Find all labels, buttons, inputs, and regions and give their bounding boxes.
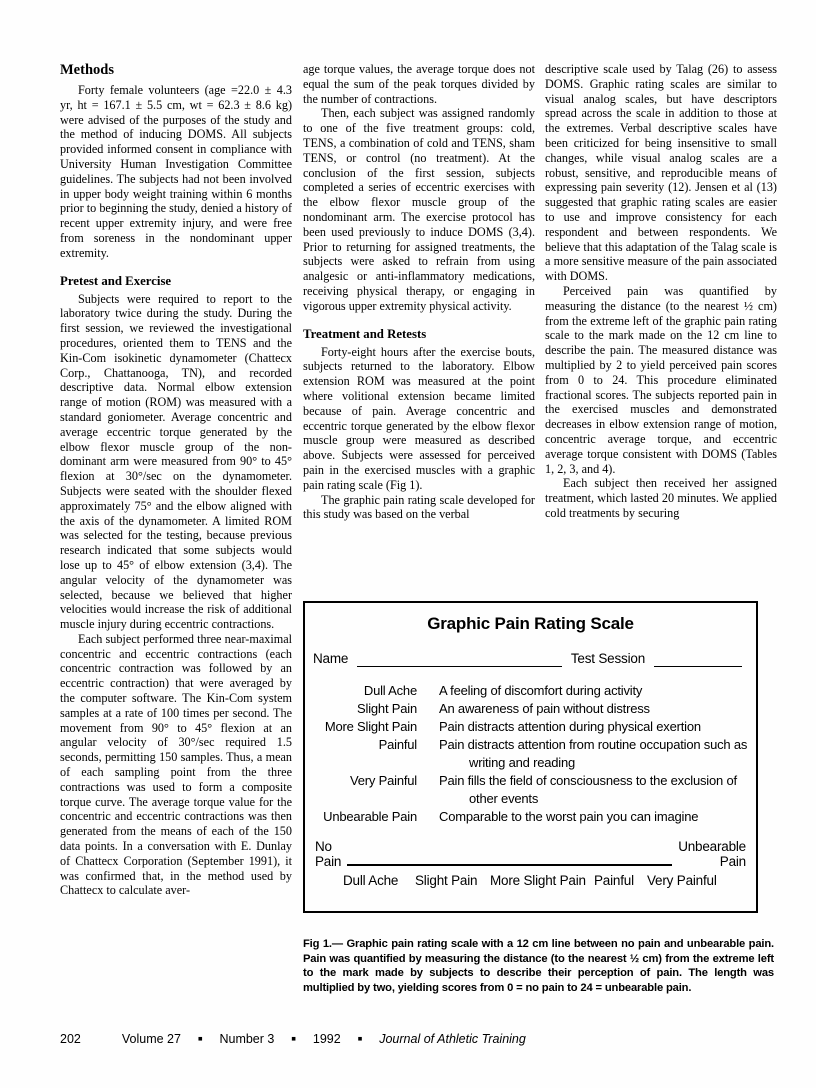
definition-desc: Pain distracts attention from routine oc… bbox=[439, 736, 748, 772]
paragraph: The graphic pain rating scale developed … bbox=[303, 493, 535, 523]
paragraph: Each subject performed three near-maxima… bbox=[60, 632, 292, 898]
figure-pain-rating-scale: Graphic Pain Rating Scale Name Test Sess… bbox=[303, 601, 758, 913]
text-column-2: age torque values, the average torque do… bbox=[303, 62, 535, 599]
name-blank-line bbox=[357, 651, 562, 667]
square-separator-icon: ■ bbox=[358, 1034, 363, 1043]
definition-term: Slight Pain bbox=[305, 700, 417, 718]
definition-row: Painful Pain distracts attention from ro… bbox=[305, 736, 756, 772]
paragraph: Forty-eight hours after the exercise bou… bbox=[303, 345, 535, 493]
text-column-1: Methods Forty female volunteers (age =22… bbox=[60, 62, 292, 1010]
definition-row: More Slight Pain Pain distracts attentio… bbox=[305, 718, 756, 736]
footer-volume: Volume 27 bbox=[122, 1032, 181, 1046]
section-heading-methods: Methods bbox=[60, 62, 292, 79]
page-footer: 202 Volume 27 ■ Number 3 ■ 1992 ■ Journa… bbox=[60, 1032, 526, 1046]
tick-label: Dull Ache bbox=[343, 873, 398, 888]
journal-page: Methods Forty female volunteers (age =22… bbox=[0, 0, 816, 1088]
definition-term: Unbearable Pain bbox=[305, 808, 417, 826]
definition-desc: An awareness of pain without distress bbox=[439, 700, 748, 718]
scale-left-label-line2: Pain bbox=[315, 854, 341, 869]
scale-right-label-line2: Pain bbox=[678, 854, 746, 869]
figure-caption: Fig 1.— Graphic pain rating scale with a… bbox=[303, 937, 774, 995]
tick-label: More Slight Pain bbox=[490, 873, 586, 888]
definition-desc: A feeling of discomfort during activity bbox=[439, 682, 748, 700]
form-header-row: Name Test Session bbox=[313, 651, 742, 667]
scale-left-label-line1: No bbox=[315, 839, 341, 854]
tick-label: Slight Pain bbox=[415, 873, 477, 888]
subsection-heading-treatment: Treatment and Retests bbox=[303, 327, 535, 342]
paragraph: Each subject then received her assigned … bbox=[545, 476, 777, 520]
definition-desc: Pain fills the field of consciousness to… bbox=[439, 772, 748, 808]
definition-row: Unbearable Pain Comparable to the worst … bbox=[305, 808, 756, 826]
text-column-3: descriptive scale used by Talag (26) to … bbox=[545, 62, 777, 599]
figure-title: Graphic Pain Rating Scale bbox=[305, 614, 756, 634]
definition-term: Very Painful bbox=[305, 772, 417, 808]
subsection-heading-pretest: Pretest and Exercise bbox=[60, 274, 292, 289]
paragraph: Subjects were required to report to the … bbox=[60, 292, 292, 632]
definition-term: Painful bbox=[305, 736, 417, 772]
definition-desc: Comparable to the worst pain you can ima… bbox=[439, 808, 748, 826]
name-label: Name bbox=[313, 651, 348, 667]
scale-left-anchor: No Pain bbox=[315, 839, 341, 869]
tick-label: Painful bbox=[594, 873, 634, 888]
definition-row: Very Painful Pain fills the field of con… bbox=[305, 772, 756, 808]
definition-term: Dull Ache bbox=[305, 682, 417, 700]
pain-definitions-list: Dull Ache A feeling of discomfort during… bbox=[305, 682, 756, 826]
paragraph: descriptive scale used by Talag (26) to … bbox=[545, 62, 777, 284]
square-separator-icon: ■ bbox=[198, 1034, 203, 1043]
scale-right-label-line1: Unbearable bbox=[678, 839, 746, 854]
square-separator-icon: ■ bbox=[291, 1034, 296, 1043]
pain-scale-row: No Pain Unbearable Pain bbox=[315, 839, 746, 869]
scale-right-anchor: Unbearable Pain bbox=[678, 839, 746, 869]
footer-number: Number 3 bbox=[219, 1032, 274, 1046]
paragraph: Then, each subject was assigned randomly… bbox=[303, 106, 535, 313]
definition-row: Dull Ache A feeling of discomfort during… bbox=[305, 682, 756, 700]
paragraph: age torque values, the average torque do… bbox=[303, 62, 535, 106]
definition-desc: Pain distracts attention during physical… bbox=[439, 718, 748, 736]
definition-row: Slight Pain An awareness of pain without… bbox=[305, 700, 756, 718]
paragraph: Forty female volunteers (age =22.0 ± 4.3… bbox=[60, 83, 292, 261]
pain-scale-line bbox=[347, 864, 672, 866]
tick-label: Very Painful bbox=[647, 873, 717, 888]
scale-tick-labels: Dull Ache Slight Pain More Slight Pain P… bbox=[315, 871, 746, 891]
page-number: 202 bbox=[60, 1032, 81, 1046]
footer-journal-name: Journal of Athletic Training bbox=[379, 1032, 526, 1046]
paragraph: Perceived pain was quantified by measuri… bbox=[545, 284, 777, 476]
definition-term: More Slight Pain bbox=[305, 718, 417, 736]
test-session-label: Test Session bbox=[571, 651, 645, 667]
test-session-blank-line bbox=[654, 651, 742, 667]
footer-year: 1992 bbox=[313, 1032, 341, 1046]
pain-scale: No Pain Unbearable Pain Dull Ache Slight… bbox=[315, 839, 746, 891]
